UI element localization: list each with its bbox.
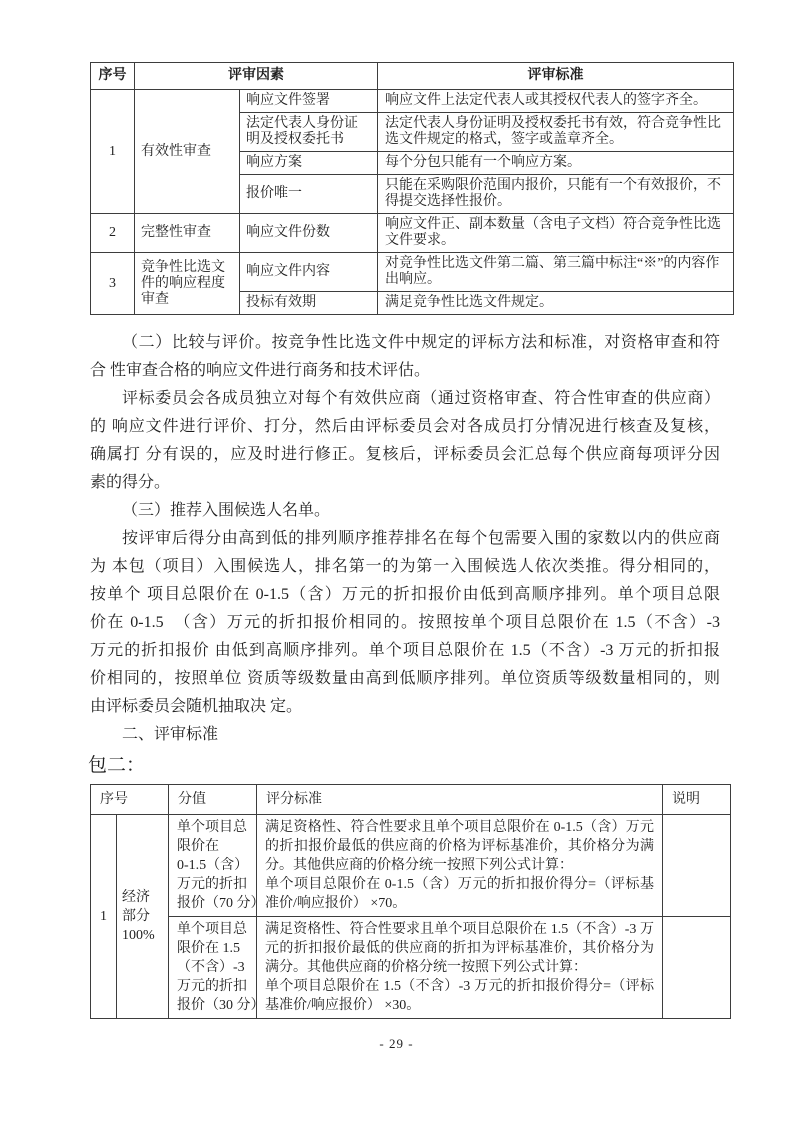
row-category: 完整性审查 bbox=[135, 214, 240, 253]
paragraph-line: 确属打 分有误的，应及时进行修正。复核后，评标委员会汇总每个供应商每项评分因 bbox=[90, 441, 720, 469]
row-standard: 满足竞争性比选文件规定。 bbox=[378, 292, 734, 315]
row-no: 3 bbox=[91, 253, 135, 315]
row-standard: 对竞争性比选文件第二篇、第三篇中标注“※”的内容作出响应。 bbox=[378, 253, 734, 292]
row-criteria: 满足资格性、符合性要求且单个项目总限价在 0-1.5（含）万元的折扣报价最低的供… bbox=[257, 815, 663, 917]
paragraph-line: 价在 0-1.5 （含）万元的折扣报价相同的。按照按单个项目总限价在 1.5（不… bbox=[90, 609, 720, 637]
row-factor: 投标有效期 bbox=[240, 292, 378, 315]
table1-header-row: 序号 评审因素 评审标准 bbox=[91, 63, 734, 90]
paragraph-line: 万元的折扣报价 由低到高顺序排列。单个项目总限价在 1.5（不含）-3 万元的折… bbox=[90, 637, 720, 665]
row-factor: 响应文件签署 bbox=[240, 90, 378, 113]
evaluation-factors-table: 序号 评审因素 评审标准 1 有效性审查 响应文件签署 响应文件上法定代表人或其… bbox=[90, 62, 734, 315]
group-line: 部分 bbox=[122, 907, 163, 926]
row-group: 经济 部分 100% bbox=[117, 815, 169, 1019]
paragraph-line: 价相同的，按照单位 资质等级数量由高到低顺序排列。单位资质等级数量相同的，则 bbox=[90, 665, 720, 693]
paragraph-line: （二）比较与评价。按竞争性比选文件中规定的评标方法和标准，对资格审查和符 bbox=[90, 329, 720, 357]
row-no: 1 bbox=[91, 815, 117, 1019]
row-standard: 法定代表人身份证明及授权委托书有效，符合竞争性比选文件规定的格式，签字或盖章齐全… bbox=[378, 113, 734, 152]
table2-header-criteria: 评分标准 bbox=[257, 785, 663, 815]
paragraph-line: 为 本包（项目）入围候选人，排名第一的为第一入围候选人依次类推。得分相同的， bbox=[90, 553, 720, 581]
page-number: - 29 - bbox=[0, 1036, 793, 1052]
table-row: 单个项目总 限价在 1.5 （不含）-3 万元的折扣 报价（30 分） 满足资格… bbox=[91, 917, 731, 1019]
scoring-standard-table: 序号 分值 评分标准 说明 1 经济 部分 100% 单个项目总 限价在 0-1… bbox=[90, 784, 731, 1019]
paragraph-line: 由评标委员会随机抽取决 定。 bbox=[90, 693, 720, 721]
paragraph-line: 按单个 项目总限价在 0-1.5（含）万元的折扣报价由低到高顺序排列。单个项目总… bbox=[90, 581, 720, 609]
group-line: 经济 bbox=[122, 888, 163, 907]
table1-header-standard: 评审标准 bbox=[378, 63, 734, 90]
section-heading: 二、评审标准 bbox=[90, 721, 720, 749]
document-page: 序号 评审因素 评审标准 1 有效性审查 响应文件签署 响应文件上法定代表人或其… bbox=[0, 0, 793, 1122]
table-row: 3 竞争性比选文件的响应程度审查 响应文件内容 对竞争性比选文件第二篇、第三篇中… bbox=[91, 253, 734, 292]
row-standard: 响应文件正、副本数量（含电子文档）符合竞争性比选文件要求。 bbox=[378, 214, 734, 253]
table2-header-row: 序号 分值 评分标准 说明 bbox=[91, 785, 731, 815]
paragraph-line: 素的得分。 bbox=[90, 469, 720, 497]
row-criteria: 满足资格性、符合性要求且单个项目总限价在 1.5（不含）-3 万元的折扣报价最低… bbox=[257, 917, 663, 1019]
row-standard: 只能在采购限价范围内报价，只能有一个有效报价，不得提交选择性报价。 bbox=[378, 175, 734, 214]
paragraph-line: 按评审后得分由高到低的排列顺序推荐排名在每个包需要入围的家数以内的供应商 bbox=[90, 525, 720, 553]
table1-header-no: 序号 bbox=[91, 63, 135, 90]
row-factor: 响应文件内容 bbox=[240, 253, 378, 292]
row-standard: 每个分包只能有一个响应方案。 bbox=[378, 152, 734, 175]
table-row: 1 有效性审查 响应文件签署 响应文件上法定代表人或其授权代表人的签字齐全。 bbox=[91, 90, 734, 113]
row-factor: 响应文件份数 bbox=[240, 214, 378, 253]
table-row: 1 经济 部分 100% 单个项目总 限价在 0-1.5（含） 万元的折扣 报价… bbox=[91, 815, 731, 917]
paragraph-line: 合 性审查合格的响应文件进行商务和技术评估。 bbox=[90, 357, 720, 385]
table1-header-factor: 评审因素 bbox=[135, 63, 378, 90]
row-no: 2 bbox=[91, 214, 135, 253]
paragraph-line: 的 响应文件进行评价、打分，然后由评标委员会对各成员打分情况进行核查及复核， bbox=[90, 413, 720, 441]
group-line: 100% bbox=[122, 926, 163, 945]
row-note bbox=[663, 917, 731, 1019]
row-score-item: 单个项目总 限价在 1.5 （不含）-3 万元的折扣 报价（30 分） bbox=[169, 917, 257, 1019]
table2-header-note: 说明 bbox=[663, 785, 731, 815]
table-row: 2 完整性审查 响应文件份数 响应文件正、副本数量（含电子文档）符合竞争性比选文… bbox=[91, 214, 734, 253]
row-factor: 法定代表人身份证明及授权委托书 bbox=[240, 113, 378, 152]
row-standard: 响应文件上法定代表人或其授权代表人的签字齐全。 bbox=[378, 90, 734, 113]
row-score-item: 单个项目总 限价在 0-1.5（含） 万元的折扣 报价（70 分） bbox=[169, 815, 257, 917]
row-factor: 响应方案 bbox=[240, 152, 378, 175]
table2-header-no: 序号 bbox=[91, 785, 169, 815]
row-factor: 报价唯一 bbox=[240, 175, 378, 214]
body-text: （二）比较与评价。按竞争性比选文件中规定的评标方法和标准，对资格审查和符 合 性… bbox=[90, 329, 720, 749]
row-no: 1 bbox=[91, 90, 135, 214]
paragraph-line: 评标委员会各成员独立对每个有效供应商（通过资格审查、符合性审查的供应商） bbox=[90, 385, 720, 413]
row-category: 有效性审查 bbox=[135, 90, 240, 214]
row-note bbox=[663, 815, 731, 917]
paragraph-line: （三）推荐入围候选人名单。 bbox=[90, 497, 720, 525]
table2-header-score: 分值 bbox=[169, 785, 257, 815]
package-label: 包二： bbox=[88, 751, 735, 781]
row-category: 竞争性比选文件的响应程度审查 bbox=[135, 253, 240, 315]
